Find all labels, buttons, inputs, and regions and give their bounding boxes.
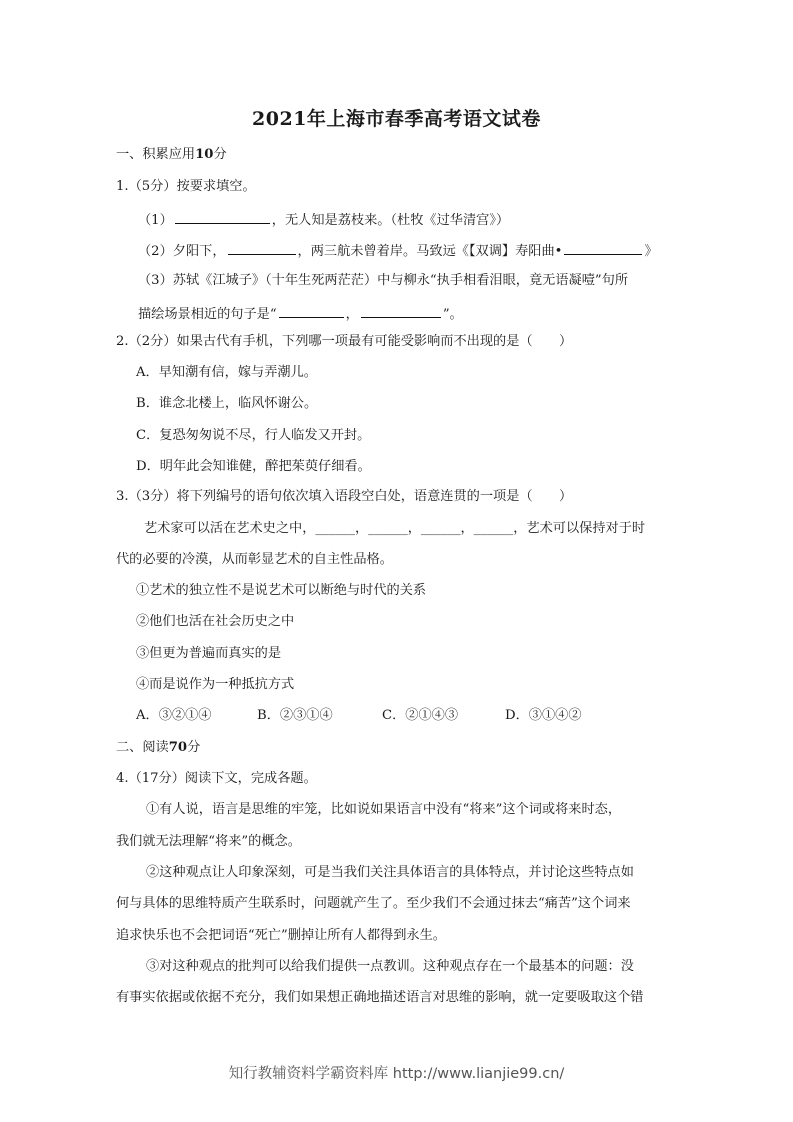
question-3-sentence-2: ②他们也活在社会历史之中: [136, 613, 294, 631]
section-score: 10: [195, 147, 213, 162]
question-3-option-b[interactable]: B．②③①④: [257, 707, 333, 725]
section-heading-2: 二、阅读70分: [116, 739, 200, 757]
answer-blank[interactable]: [228, 240, 296, 255]
question-1-item-3-line-1: （3）苏轼《江城子》（十年生死两茫茫）中与柳永“执手相看泪眼，竟无语凝噎”句所: [138, 272, 628, 290]
item-text: ，无人知是荔枝来。（杜牧《过华清宫》）: [272, 213, 509, 228]
question-2-option-c[interactable]: C．复恐匆匆说不尽，行人临发又开封。: [136, 427, 370, 445]
item-text: 描绘场景相近的句子是“: [138, 307, 277, 322]
passage-line: 何与具体的思维特质产生联系时，问题就产生了。至少我们不会通过抹去“痛苦”这个词来: [116, 895, 631, 913]
section-label: 二、阅读: [116, 740, 169, 755]
answer-blank[interactable]: [175, 209, 270, 224]
section-score: 70: [169, 740, 187, 755]
question-3-paragraph-line-2: 代的必要的冷漠，从而彰显艺术的自主性品格。: [116, 551, 393, 569]
passage-line: ③对这种观点的批判可以给我们提供一点教训。这种观点存在一个最基本的问题：没: [146, 958, 634, 976]
question-3-option-d[interactable]: D．③①④②: [505, 707, 582, 725]
section-unit: 分: [213, 147, 226, 162]
item-text: （2）夕阳下，: [138, 244, 226, 259]
item-text: ，: [346, 307, 359, 322]
section-label: 一、积累应用: [116, 147, 195, 162]
passage-line: 有事实依据或依据不充分，我们如果想正确地描述语言对思维的影响，就一定要吸取这个错: [116, 989, 644, 1007]
answer-blank[interactable]: [279, 303, 344, 318]
question-3-sentence-3: ③但更为普遍而真实的是: [136, 645, 281, 663]
question-3-stem: 3.（3分）将下列编号的语句依次填入语段空白处，语意连贯的一项是（ ）: [116, 488, 572, 506]
question-3-paragraph-line-1: 艺术家可以活在艺术史之中，______，______，______，______…: [144, 520, 645, 538]
question-1-item-3-line-2: 描绘场景相近的句子是“，”。: [138, 303, 463, 324]
answer-blank[interactable]: [564, 240, 642, 255]
item-text: ”。: [443, 307, 463, 322]
footer-watermark: 知行教辅资料学霸资料库 http://www.lianjie99.cn/: [0, 1062, 793, 1083]
question-1-item-1: （1），无人知是荔枝来。（杜牧《过华清宫》）: [138, 209, 509, 230]
question-2-option-b[interactable]: B．谁念北楼上，临风怀谢公。: [136, 395, 317, 413]
question-2-stem: 2.（2分）如果古代有手机，下列哪一项最有可能受影响而不出现的是（ ）: [116, 333, 572, 351]
question-3-sentence-1: ①艺术的独立性不是说艺术可以断绝与时代的关系: [136, 582, 426, 600]
item-text: ，两三航未曾着岸。马致远《【双调】寿阳曲•: [298, 244, 563, 259]
passage-line: ②这种观点让人印象深刻，可是当我们关注具体语言的具体特点，并讨论这些特点如: [146, 864, 634, 882]
question-3-option-a[interactable]: A．③②①④: [136, 707, 211, 725]
passage-line: 我们就无法理解“将来”的概念。: [116, 833, 301, 851]
passage-line: ①有人说，语言是思维的牢笼，比如说如果语言中没有“将来”这个词或将来时态，: [146, 801, 621, 819]
item-label: （1）: [138, 213, 173, 228]
question-3-sentence-4: ④而是说作为一种抵抗方式: [136, 676, 294, 694]
question-3-option-c[interactable]: C．②①④③: [382, 707, 458, 725]
item-text: 》: [644, 244, 657, 259]
section-heading-1: 一、积累应用10分: [116, 146, 227, 164]
question-1-stem: 1.（5分）按要求填空。: [116, 178, 256, 196]
question-1-item-2: （2）夕阳下，，两三航未曾着岸。马致远《【双调】寿阳曲•》: [138, 240, 658, 261]
question-2-option-a[interactable]: A．早知潮有信，嫁与弄潮儿。: [136, 364, 317, 382]
page-title: 2021年上海市春季高考语文试卷: [0, 104, 793, 131]
passage-line: 追求快乐也不会把词语“死亡”删掉让所有人都得到永生。: [116, 927, 446, 945]
answer-blank[interactable]: [361, 303, 441, 318]
question-4-stem: 4.（17分）阅读下文，完成各题。: [116, 770, 317, 788]
question-2-option-d[interactable]: D．明年此会知谁健，醉把茱萸仔细看。: [136, 458, 371, 476]
section-unit: 分: [187, 740, 200, 755]
